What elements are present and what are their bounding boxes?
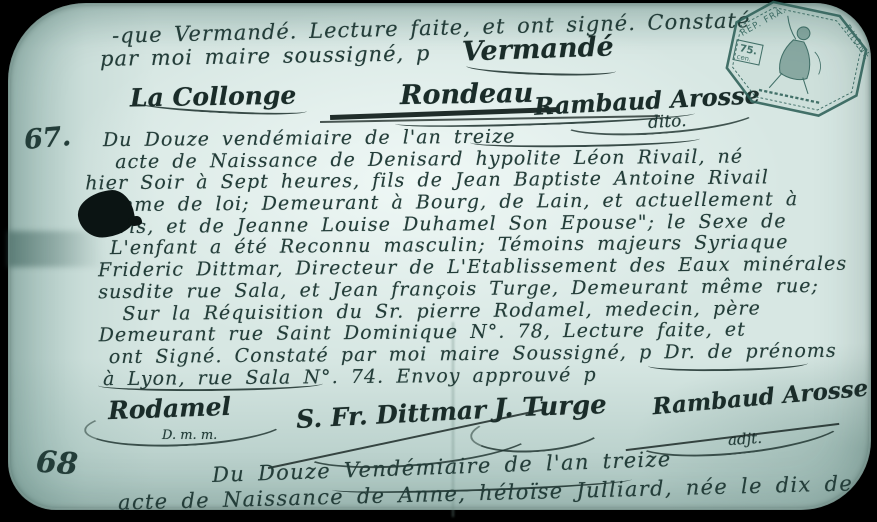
signature-rondeau: Rondeau: [400, 78, 534, 111]
act68-margin-number: 68: [35, 445, 79, 483]
act67-margin-number: 67.: [23, 121, 73, 156]
act67-body: Du Douze vendémiaire de l'an treize acte…: [85, 124, 848, 391]
photo-frame: -que Vermandé. Lecture faite, et ont sig…: [0, 0, 877, 522]
ink-blot: [128, 216, 142, 226]
